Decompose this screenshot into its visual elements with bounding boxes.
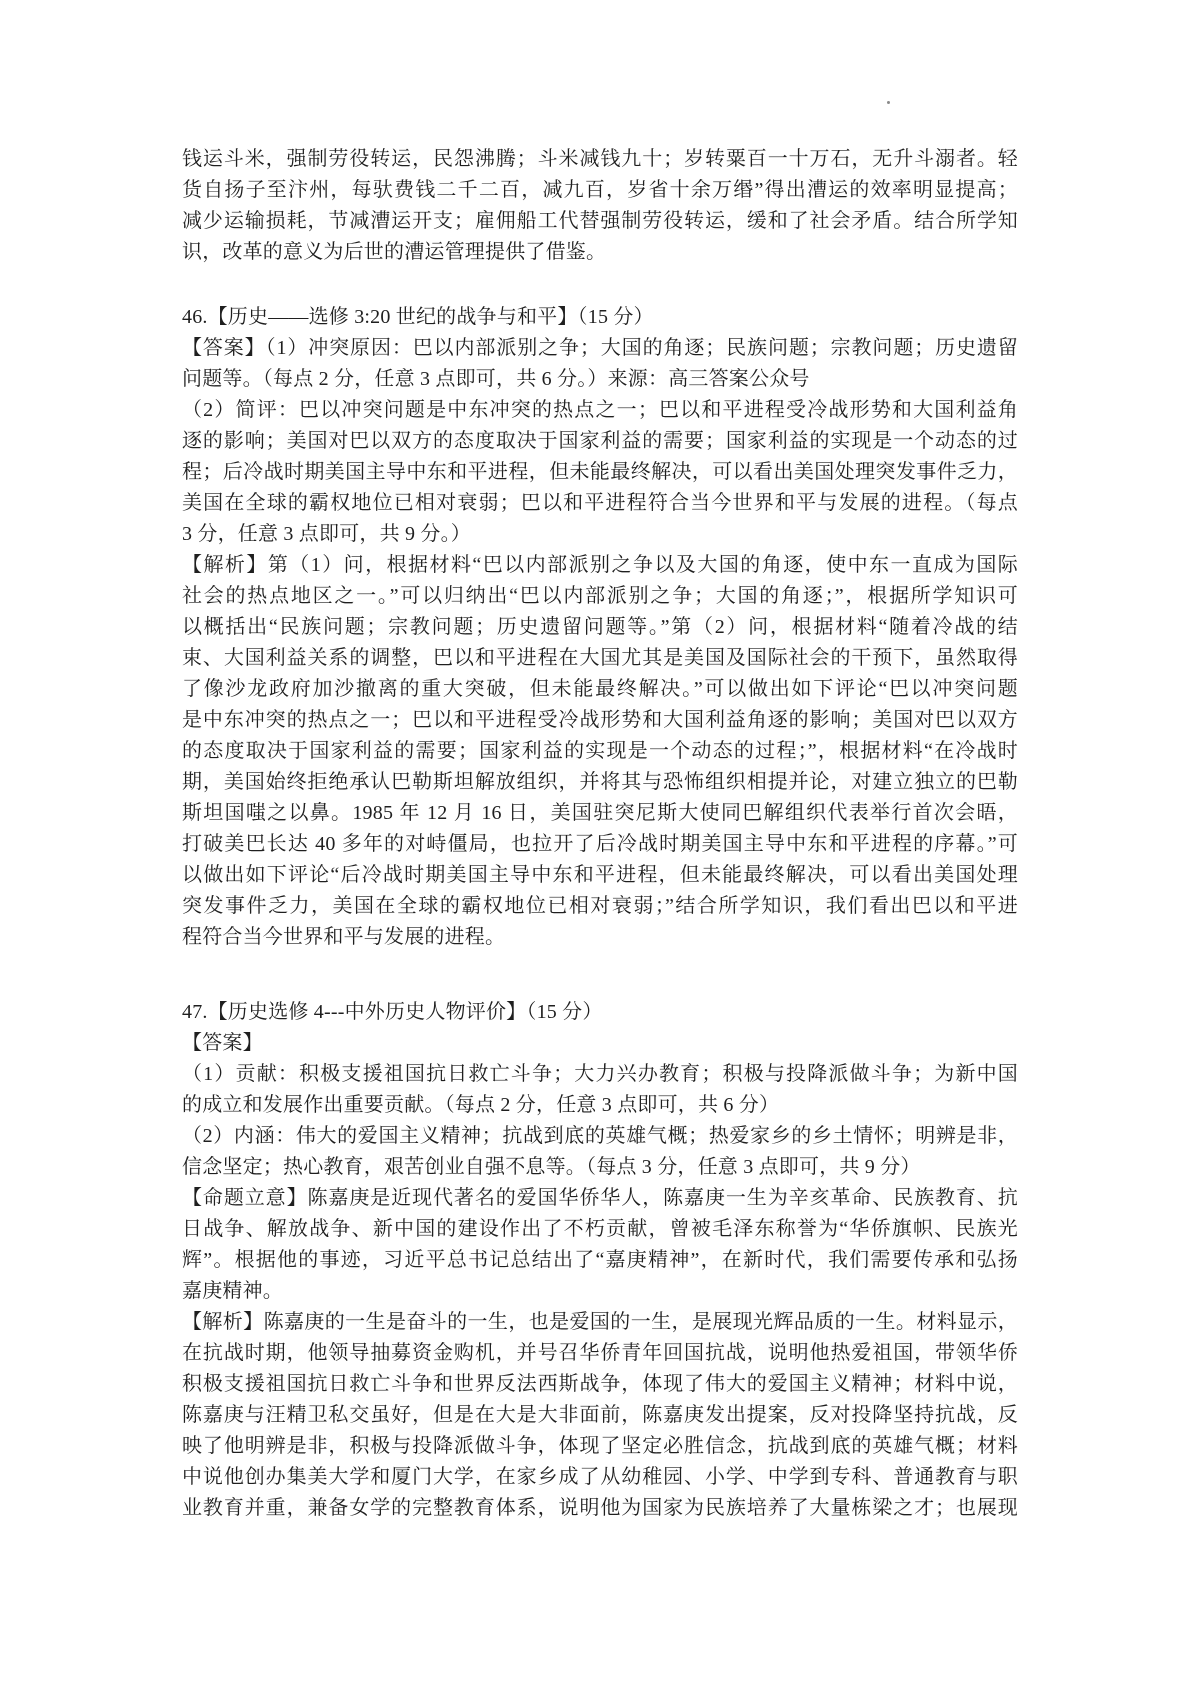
heading-q46: 46.【历史——选修 3:20 世纪的战争与和平】（15 分） (182, 302, 1018, 333)
intent-q47-line-4: 嘉庚精神。 (182, 1276, 1018, 1307)
answer-q46-part2-line-3: 程；后冷战时期美国主导中东和平进程，但未能最终解决，可以看出美国处理突发事件乏力… (182, 457, 1018, 488)
analysis-q47-line-7: 业教育并重，兼备女学的完整教育体系，说明他为国家为民族培养了大量栋梁之才；也展现 (182, 1493, 1018, 1524)
heading-q47: 47.【历史选修 4---中外历史人物评价】（15 分） (182, 997, 1018, 1028)
answer-q47-part2-line-1: （2）内涵：伟大的爱国主义精神；抗战到底的英雄气概；热爱家乡的乡土情怀；明辨是非… (182, 1121, 1018, 1152)
heading-q46-line-1: 46.【历史——选修 3:20 世纪的战争与和平】（15 分） (182, 302, 1018, 333)
answer-label-q47: 【答案】 (182, 1028, 1018, 1059)
answer-q46-part2: （2）简评：巴以冲突问题是中东冲突的热点之一；巴以和平进程受冷战形势和大国利益角… (182, 395, 1018, 550)
analysis-q47-line-5: 映了他明辨是非，积极与投降派做斗争，体现了坚定必胜信念，抗战到底的英雄气概；材料 (182, 1431, 1018, 1462)
analysis-q47: 【解析】陈嘉庚的一生是奋斗的一生，也是爱国的一生，是展现光辉品质的一生。材料显示… (182, 1307, 1018, 1524)
analysis-q46-line-6: 是中东冲突的热点之一；巴以和平进程受冷战形势和大国利益角逐的影响；美国对巴以双方 (182, 705, 1018, 736)
answer-q46-part2-line-4: 美国在全球的霸权地位已相对衰弱；巴以和平进程符合当今世界和平与发展的进程。（每点 (182, 488, 1018, 519)
analysis-q46-line-3: 以概括出“民族问题；宗教问题；历史遗留问题等。”第（2）问，根据材料“随着冷战的… (182, 612, 1018, 643)
scan-dust-speck (887, 101, 890, 104)
intent-q47-line-1: 【命题立意】陈嘉庚是近现代著名的爱国华侨华人，陈嘉庚一生为辛亥革命、民族教育、抗 (182, 1183, 1018, 1214)
document-content: 钱运斗米，强制劳役转运，民怨沸腾；斗米减钱九十；岁转粟百一十万石，无升斗溺者。轻… (182, 144, 1018, 1524)
answer-q46-part1: 【答案】（1）冲突原因：巴以内部派别之争；大国的角逐；民族问题；宗教问题；历史遗… (182, 333, 1018, 395)
analysis-q47-line-4: 陈嘉庚与汪精卫私交虽好，但是在大是大非面前，陈嘉庚发出提案，反对投降坚持抗战，反 (182, 1400, 1018, 1431)
analysis-q46-line-2: 社会的热点地区之一。”可以归纳出“巴以内部派别之争；大国的角逐；”，根据所学知识… (182, 581, 1018, 612)
heading-q47-line-1: 47.【历史选修 4---中外历史人物评价】（15 分） (182, 997, 1018, 1028)
paragraph-caoyun-conclusion: 钱运斗米，强制劳役转运，民怨沸腾；斗米减钱九十；岁转粟百一十万石，无升斗溺者。轻… (182, 144, 1018, 268)
analysis-q46-line-5: 了像沙龙政府加沙撤离的重大突破，但未能最终解决。”可以做出如下评论“巴以冲突问题 (182, 674, 1018, 705)
analysis-q46-line-11: 以做出如下评论“后冷战时期美国主导中东和平进程，但未能最终解决，可以看出美国处理 (182, 860, 1018, 891)
paragraph-caoyun-conclusion-line-3: 减少运输损耗，节减漕运开支；雇佣船工代替强制劳役转运，缓和了社会矛盾。结合所学知 (182, 206, 1018, 237)
analysis-q46-line-10: 打破美巴长达 40 多年的对峙僵局，也拉开了后冷战时期美国主导中东和平进程的序幕… (182, 829, 1018, 860)
answer-q46-part2-line-5: 3 分，任意 3 点即可，共 9 分。） (182, 519, 1018, 550)
analysis-q46-line-12: 突发事件乏力，美国在全球的霸权地位已相对衰弱；”结合所学知识，我们看出巴以和平进 (182, 891, 1018, 922)
analysis-q46-line-13: 程符合当今世界和平与发展的进程。 (182, 922, 1018, 953)
scanned-document-page: 钱运斗米，强制劳役转运，民怨沸腾；斗米减钱九十；岁转粟百一十万石，无升斗溺者。轻… (0, 0, 1200, 1698)
answer-q47-part1: （1）贡献：积极支援祖国抗日救亡斗争；大力兴办教育；积极与投降派做斗争；为新中国… (182, 1059, 1018, 1121)
analysis-q46-line-4: 束、大国利益关系的调整，巴以和平进程在大国尤其是美国及国际社会的干预下，虽然取得 (182, 643, 1018, 674)
answer-q47-part1-line-1: （1）贡献：积极支援祖国抗日救亡斗争；大力兴办教育；积极与投降派做斗争；为新中国 (182, 1059, 1018, 1090)
intent-q47-line-2: 日战争、解放战争、新中国的建设作出了不朽贡献，曾被毛泽东称誉为“华侨旗帜、民族光 (182, 1214, 1018, 1245)
paragraph-caoyun-conclusion-line-1: 钱运斗米，强制劳役转运，民怨沸腾；斗米减钱九十；岁转粟百一十万石，无升斗溺者。轻 (182, 144, 1018, 175)
answer-label-q47-line-1: 【答案】 (182, 1028, 1018, 1059)
analysis-q46: 【解析】第（1）问，根据材料“巴以内部派别之争以及大国的角逐，使中东一直成为国际… (182, 550, 1018, 953)
analysis-q47-line-2: 在抗战时期，他领导抽募资金购机，并号召华侨青年回国抗战，说明他热爱祖国，带领华侨 (182, 1338, 1018, 1369)
answer-q47-part2-line-2: 信念坚定；热心教育，艰苦创业自强不息等。（每点 3 分，任意 3 点即可，共 9… (182, 1152, 1018, 1183)
paragraph-caoyun-conclusion-line-2: 货自扬子至汴州，每驮费钱二千二百，减九百，岁省十余万缗”得出漕运的效率明显提高； (182, 175, 1018, 206)
analysis-q46-line-1: 【解析】第（1）问，根据材料“巴以内部派别之争以及大国的角逐，使中东一直成为国际 (182, 550, 1018, 581)
paragraph-caoyun-conclusion-line-4: 识，改革的意义为后世的漕运管理提供了借鉴。 (182, 237, 1018, 268)
answer-q46-part1-line-2: 问题等。（每点 2 分，任意 3 点即可，共 6 分。）来源：高三答案公众号 (182, 364, 1018, 395)
analysis-q46-line-9: 斯坦国嗤之以鼻。1985 年 12 月 16 日，美国驻突尼斯大使同巴解组织代表… (182, 798, 1018, 829)
answer-q46-part1-line-1: 【答案】（1）冲突原因：巴以内部派别之争；大国的角逐；民族问题；宗教问题；历史遗… (182, 333, 1018, 364)
analysis-q47-line-3: 积极支援祖国抗日救亡斗争和世界反法西斯战争，体现了伟大的爱国主义精神；材料中说， (182, 1369, 1018, 1400)
intent-q47-line-3: 辉”。根据他的事迹，习近平总书记总结出了“嘉庚精神”，在新时代，我们需要传承和弘… (182, 1245, 1018, 1276)
answer-q46-part2-line-1: （2）简评：巴以冲突问题是中东冲突的热点之一；巴以和平进程受冷战形势和大国利益角 (182, 395, 1018, 426)
answer-q47-part2: （2）内涵：伟大的爱国主义精神；抗战到底的英雄气概；热爱家乡的乡土情怀；明辨是非… (182, 1121, 1018, 1183)
analysis-q46-line-7: 的态度取决于国家利益的需要；国家利益的实现是一个动态的过程；”，根据材料“在冷战… (182, 736, 1018, 767)
analysis-q46-line-8: 期，美国始终拒绝承认巴勒斯坦解放组织，并将其与恐怖组织相提并论，对建立独立的巴勒 (182, 767, 1018, 798)
intent-q47: 【命题立意】陈嘉庚是近现代著名的爱国华侨华人，陈嘉庚一生为辛亥革命、民族教育、抗… (182, 1183, 1018, 1307)
answer-q46-part2-line-2: 逐的影响；美国对巴以双方的态度取决于国家利益的需要；国家利益的实现是一个动态的过 (182, 426, 1018, 457)
analysis-q47-line-1: 【解析】陈嘉庚的一生是奋斗的一生，也是爱国的一生，是展现光辉品质的一生。材料显示… (182, 1307, 1018, 1338)
analysis-q47-line-6: 中说他创办集美大学和厦门大学，在家乡成了从幼稚园、小学、中学到专科、普通教育与职 (182, 1462, 1018, 1493)
answer-q47-part1-line-2: 的成立和发展作出重要贡献。（每点 2 分，任意 3 点即可，共 6 分） (182, 1090, 1018, 1121)
